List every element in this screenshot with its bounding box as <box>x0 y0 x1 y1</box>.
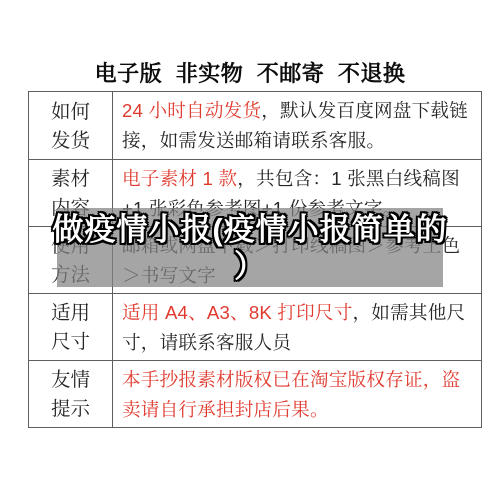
row-label-shipping: 如何 发货 <box>29 92 113 159</box>
row-label-line: 适用 <box>51 299 90 328</box>
row-label-line: 提示 <box>51 395 90 424</box>
row-label-line: 友情 <box>51 366 90 395</box>
highlight-text: 电子素材 1 款 <box>122 168 237 189</box>
watermark-text-line2: ） <box>234 248 266 285</box>
watermark-overlay: 做疫情小报(疫情小报简单的 ） <box>57 208 443 287</box>
row-label-line: 如何 <box>51 98 90 127</box>
table-row-size: 适用 尺寸 适用 A4、A3、8K 打印尺寸，如需其他尺寸，请联系客服人员 <box>29 293 481 360</box>
table-row-shipping: 如何 发货 24 小时自动发货，默认发百度网盘下载链接，如需发送邮箱请联系客服。 <box>29 92 481 159</box>
table-row-notice: 友情 提示 本手抄报素材版权已在淘宝版权存证，盗卖请自行承担封店后果。 <box>29 360 481 427</box>
row-label-notice: 友情 提示 <box>29 361 113 427</box>
watermark-text-line1: 做疫情小报(疫情小报简单的 <box>52 211 447 248</box>
highlight-text: 本手抄报素材版权已在淘宝版权存证，盗卖请自行承担封店后果。 <box>122 369 460 420</box>
row-label-size: 适用 尺寸 <box>29 294 113 360</box>
row-label-line: 尺寸 <box>51 328 90 357</box>
row-content-size: 适用 A4、A3、8K 打印尺寸，如需其他尺寸，请联系客服人员 <box>113 294 481 360</box>
page-title: 电子版 非实物 不邮寄 不退换 <box>0 57 500 88</box>
highlight-text: 适用 A4、A3、8K 打印尺寸 <box>122 302 353 323</box>
row-content-shipping: 24 小时自动发货，默认发百度网盘下载链接，如需发送邮箱请联系客服。 <box>113 92 481 159</box>
row-label-line: 发货 <box>51 127 90 156</box>
highlight-text: 24 小时自动发货 <box>122 100 261 121</box>
row-content-notice: 本手抄报素材版权已在淘宝版权存证，盗卖请自行承担封店后果。 <box>113 361 481 427</box>
row-label-line: 素材 <box>51 165 90 194</box>
